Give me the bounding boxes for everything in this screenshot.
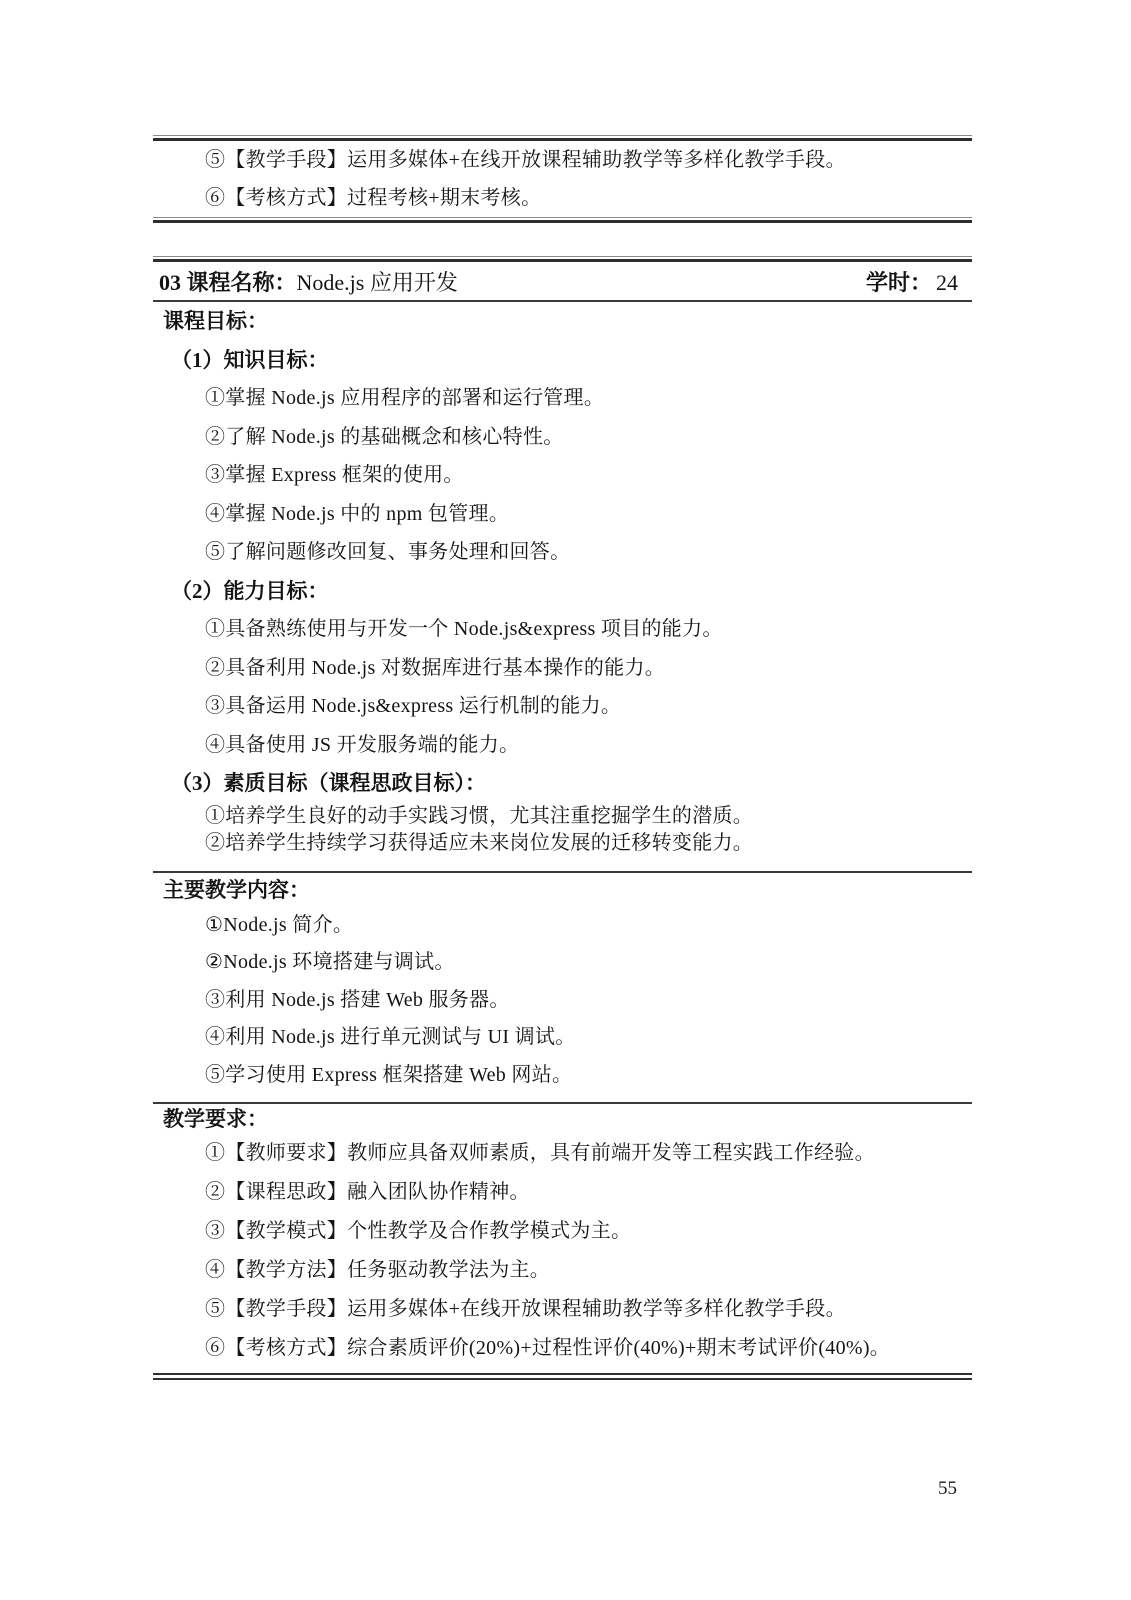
requirement-item: ③【教学模式】个性教学及合作教学模式为主。 xyxy=(153,1212,972,1251)
teaching-requirements-list: ①【教师要求】教师应具备双师素质，具有前端开发等工程实践工作经验。 ②【课程思政… xyxy=(153,1134,972,1368)
course-name-value: Node.js 应用开发 xyxy=(297,266,458,297)
syllabus-table: ⑤【教学手段】运用多媒体+在线开放课程辅助教学等多样化教学手段。 ⑥【考核方式】… xyxy=(153,135,972,1380)
objective-item: ④具备使用 JS 开发服务端的能力。 xyxy=(153,726,972,765)
quality-objectives-title: （3）素质目标（课程思政目标）： xyxy=(153,764,972,803)
content-item: ②Node.js 环境搭建与调试。 xyxy=(153,944,972,982)
objective-item: ①掌握 Node.js 应用程序的部署和运行管理。 xyxy=(153,379,972,418)
requirement-item: ⑥【考核方式】综合素质评价(20%)+过程性评价(40%)+期末考试评价(40%… xyxy=(153,1329,972,1368)
table-gap xyxy=(153,223,972,256)
ability-objectives-title: （2）能力目标： xyxy=(153,572,972,611)
teaching-requirements-section: 教学要求： ①【教师要求】教师应具备双师素质，具有前端开发等工程实践工作经验。 … xyxy=(153,1104,972,1373)
page-number: 55 xyxy=(938,1478,957,1500)
objective-item: ②了解 Node.js 的基础概念和核心特性。 xyxy=(153,418,972,457)
previous-course-requirements: ⑤【教学手段】运用多媒体+在线开放课程辅助教学等多样化教学手段。 ⑥【考核方式】… xyxy=(153,141,972,217)
objective-item: ②具备利用 Node.js 对数据库进行基本操作的能力。 xyxy=(153,649,972,688)
course-table-bottom-border xyxy=(153,1373,972,1380)
teaching-content-section: 主要教学内容： ①Node.js 简介。 ②Node.js 环境搭建与调试。 ③… xyxy=(153,873,972,1103)
objective-item: ③具备运用 Node.js&express 运行机制的能力。 xyxy=(153,687,972,726)
requirement-item: ②【课程思政】融入团队协作精神。 xyxy=(153,1173,972,1212)
content-item: ③利用 Node.js 搭建 Web 服务器。 xyxy=(153,982,972,1020)
document-page: ⑤【教学手段】运用多媒体+在线开放课程辅助教学等多样化教学手段。 ⑥【考核方式】… xyxy=(0,0,1131,1600)
objective-item: ③掌握 Express 框架的使用。 xyxy=(153,456,972,495)
ability-objectives-list: ①具备熟练使用与开发一个 Node.js&express 项目的能力。 ②具备利… xyxy=(153,610,972,764)
course-hours-value: 24 xyxy=(936,270,958,296)
objectives-title: 课程目标： xyxy=(153,302,972,341)
objective-item: ⑤了解问题修改回复、事务处理和回答。 xyxy=(153,533,972,572)
course-name-group: 03 课程名称： Node.js 应用开发 xyxy=(159,266,458,297)
course-title-row: 03 课程名称： Node.js 应用开发 学时： 24 xyxy=(153,262,972,300)
requirement-item: ⑤【教学手段】运用多媒体+在线开放课程辅助教学等多样化教学手段。 xyxy=(153,141,972,179)
course-hours-label: 学时： xyxy=(866,266,932,297)
course-objectives-section: 课程目标： （1）知识目标： ①掌握 Node.js 应用程序的部署和运行管理。… xyxy=(153,302,972,871)
teaching-content-list: ①Node.js 简介。 ②Node.js 环境搭建与调试。 ③利用 Node.… xyxy=(153,907,972,1095)
requirement-item: ④【教学方法】任务驱动教学法为主。 xyxy=(153,1251,972,1290)
knowledge-objectives-title: （1）知识目标： xyxy=(153,341,972,380)
knowledge-objectives-list: ①掌握 Node.js 应用程序的部署和运行管理。 ②了解 Node.js 的基… xyxy=(153,379,972,572)
objective-item: ①具备熟练使用与开发一个 Node.js&express 项目的能力。 xyxy=(153,610,972,649)
course-hours-group: 学时： 24 xyxy=(866,266,958,297)
objective-item: ④掌握 Node.js 中的 npm 包管理。 xyxy=(153,495,972,534)
requirement-item: ①【教师要求】教师应具备双师素质，具有前端开发等工程实践工作经验。 xyxy=(153,1134,972,1173)
quality-objectives-list: ①培养学生良好的动手实践习惯，尤其注重挖掘学生的潜质。 ②培养学生持续学习获得适… xyxy=(153,803,972,857)
teaching-content-title: 主要教学内容： xyxy=(153,873,972,907)
content-item: ①Node.js 简介。 xyxy=(153,907,972,945)
content-item: ④利用 Node.js 进行单元测试与 UI 调试。 xyxy=(153,1019,972,1057)
content-item: ⑤学习使用 Express 框架搭建 Web 网站。 xyxy=(153,1057,972,1095)
requirement-item: ⑤【教学手段】运用多媒体+在线开放课程辅助教学等多样化教学手段。 xyxy=(153,1290,972,1329)
requirement-item: ⑥【考核方式】过程考核+期末考核。 xyxy=(153,179,972,217)
objective-item: ②培养学生持续学习获得适应未来岗位发展的迁移转变能力。 xyxy=(153,830,972,857)
objective-item: ①培养学生良好的动手实践习惯，尤其注重挖掘学生的潜质。 xyxy=(153,803,972,830)
teaching-requirements-title: 教学要求： xyxy=(153,1104,972,1134)
course-name-label: 03 课程名称： xyxy=(159,266,297,297)
